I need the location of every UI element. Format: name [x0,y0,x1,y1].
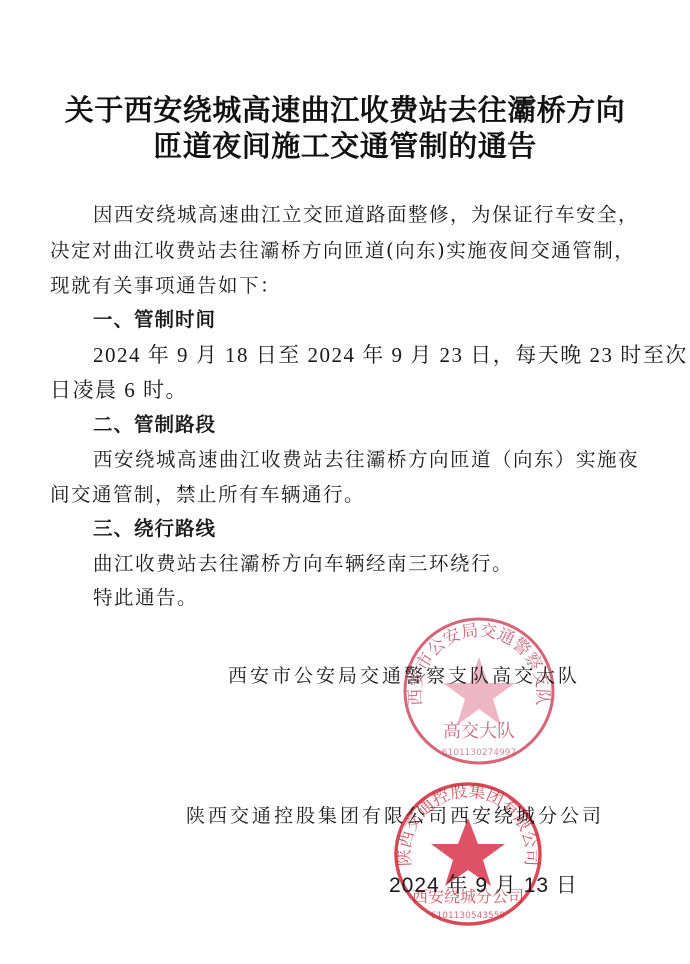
notice-title-line-1: 关于西安绕城高速曲江收费站去往灞桥方向 [0,88,690,129]
svg-text:6101130274997: 6101130274997 [442,748,516,758]
police-seal-icon: 西安市公安局交通警察支队 高交大队 6101130274997 [400,615,558,767]
intro-line-1: 因西安绕城高速曲江立交匝道路面整修，为保证行车安全， [93,199,639,227]
section-time-line-2: 日凌晨 6 时。 [50,374,188,404]
section-heading-detour: 三、绕行路线 [93,513,216,541]
intro-line-2: 决定对曲江收费站去往灞桥方向匝道(向东)实施夜间交通管制， [50,235,635,263]
notice-title-line-2: 匝道夜间施工交通管制的通告 [0,124,690,165]
section-road-line-1: 西安绕城高速曲江收费站去往灞桥方向匝道（向东）实施夜 [93,444,639,472]
svg-text:6101130543559: 6101130543559 [431,911,506,921]
intro-line-3: 现就有关事项通告如下： [50,270,281,298]
svg-text:高交大队: 高交大队 [443,721,515,742]
section-heading-road: 二、管制路段 [93,409,216,437]
section-time-line-1: 2024 年 9 月 18 日至 2024 年 9 月 23 日，每天晚 23 … [93,339,688,369]
section-road-line-2: 间交通管制，禁止所有车辆通行。 [50,479,365,507]
signature-company: 陕西交通控股集团有限公司西安绕城分公司 [186,801,604,828]
signature-police-unit: 西安市公安局交通警察支队高交大队 [228,661,580,688]
section-detour-line-1: 曲江收费站去往灞桥方向车辆经南三环绕行。 [93,548,513,576]
closing-text: 特此通告。 [93,582,198,610]
signature-date: 2024 年 9 月 13 日 [389,869,578,899]
section-heading-time: 一、管制时间 [93,304,216,332]
